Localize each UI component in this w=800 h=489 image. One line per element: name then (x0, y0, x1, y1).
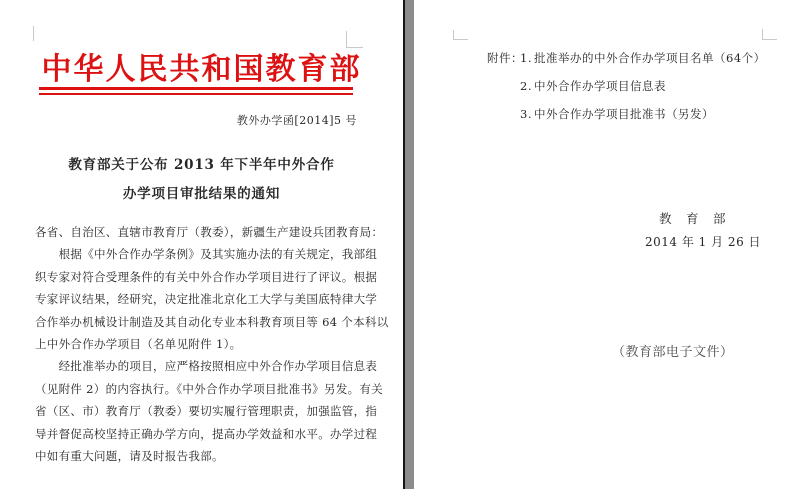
letterhead-title: 中华人民共和国教育部 (35, 44, 368, 88)
body-line: 上中外合作办学项目（名单见附件 1）。 (35, 333, 380, 355)
document-viewer: 中华人民共和国教育部 教外办学函[2014]5 号 教育部关于公布 2013 年… (0, 0, 800, 489)
attachments-label: 附件： (487, 44, 520, 72)
attachment-text: 批准举办的中外合作办学项目名单（64个） (534, 44, 766, 72)
attachment-number: 1. (520, 44, 534, 72)
attachment-number: 2. (520, 72, 534, 100)
notice-title-line2: 办学项目审批结果的通知 (35, 182, 368, 202)
body-line: 省（区、市）教育厅（教委）要切实履行管理职责，加强监管，指 (35, 400, 380, 422)
text-boundary-mark-top-left (453, 30, 468, 40)
attachment-item: 2. 中外合作办学项目信息表 (520, 72, 766, 100)
body-line: 各省、自治区、直辖市教育厅（教委），新疆生产建设兵团教育局： (35, 221, 380, 243)
document-number: 教外办学函[2014]5 号 (237, 112, 357, 128)
notice-title-line1: 教育部关于公布 2013 年下半年中外合作 (35, 153, 368, 173)
body-line: 经批准举办的项目，应严格按照相应中外合作办学项目信息表 (35, 355, 380, 377)
page-right: 附件： 1. 批准举办的中外合作办学项目名单（64个） 2. 中外合作办学项目信… (414, 0, 800, 489)
rule-thin-line (39, 93, 353, 95)
attachment-text: 中外合作办学项目信息表 (534, 72, 666, 100)
text-boundary-mark-top-left (33, 26, 34, 41)
electronic-file-note: （教育部电子文件） (612, 341, 734, 360)
attachments-items: 1. 批准举办的中外合作办学项目名单（64个） 2. 中外合作办学项目信息表 3… (520, 44, 766, 128)
body-line: 织专家对符合受理条件的有关中外合作办学项目进行了评议。根据 (35, 266, 380, 288)
body-line: （见附件 2）的内容执行。《中外合作办学项目批准书》另发。有关 (35, 378, 380, 400)
body-line: 专家评议结果，经研究，决定批准北京化工大学与美国底特律大学 (35, 288, 380, 310)
letterhead-double-rule (39, 87, 353, 95)
page-gutter-divider (403, 0, 414, 489)
attachments-list: 附件： 1. 批准举办的中外合作办学项目名单（64个） 2. 中外合作办学项目信… (487, 44, 766, 128)
text-boundary-mark-top-right (762, 29, 777, 40)
body-line: 中如有重大问题，请及时报告我部。 (35, 445, 380, 467)
page-left: 中华人民共和国教育部 教外办学函[2014]5 号 教育部关于公布 2013 年… (0, 0, 403, 489)
attachment-item: 3. 中外合作办学项目批准书（另发） (520, 100, 766, 128)
signature-date: 2014 年 1 月 26 日 (645, 233, 761, 250)
attachment-text: 中外合作办学项目批准书（另发） (534, 100, 714, 128)
body-line: 根据《中外合作办学条例》及其实施办法的有关规定，我部组 (35, 243, 380, 265)
rule-thick-line (39, 87, 353, 90)
attachment-item: 1. 批准举办的中外合作办学项目名单（64个） (520, 44, 766, 72)
signer-name: 教 育 部 (659, 209, 727, 227)
body-line: 合作举办机械设计制造及其自动化专业本科教育项目等 64 个本科以 (35, 311, 380, 333)
notice-body: 各省、自治区、直辖市教育厅（教委），新疆生产建设兵团教育局： 根据《中外合作办学… (35, 221, 380, 467)
attachment-number: 3. (520, 100, 534, 128)
body-line: 导并督促高校坚持正确办学方向，提高办学效益和水平。办学过程 (35, 423, 380, 445)
